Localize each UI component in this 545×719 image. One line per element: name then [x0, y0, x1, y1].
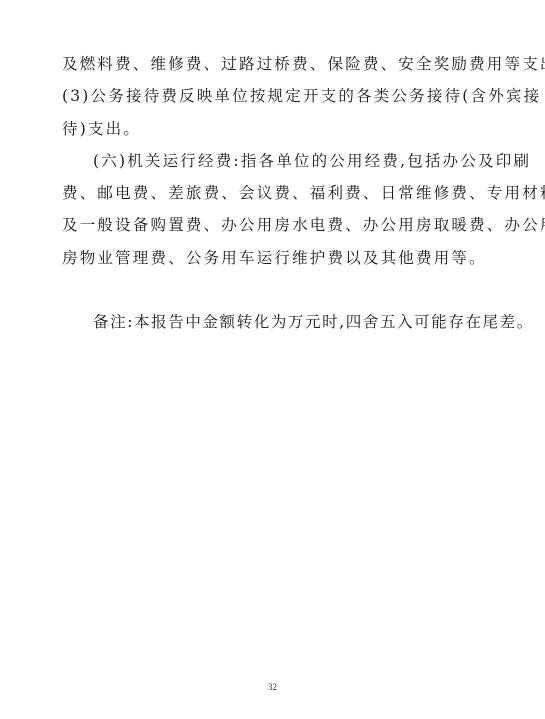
section-heading-line: (六)机关运行经费:指各单位的公用经费,包括办公及印刷 [62, 145, 487, 177]
page-number: 32 [0, 682, 545, 692]
document-page: 及燃料费、维修费、过路过桥费、保险费、安全奖励费用等支出; (3)公务接待费反映… [62, 48, 487, 338]
footnote-remark: 备注:本报告中金额转化为万元时,四舍五入可能存在尾差。 [62, 306, 487, 338]
paragraph-line: 费、邮电费、差旅费、会议费、福利费、日常维修费、专用材料 [62, 177, 487, 209]
paragraph-line: 待)支出。 [62, 113, 487, 145]
paragraph-line: 及燃料费、维修费、过路过桥费、保险费、安全奖励费用等支出; [62, 48, 487, 80]
paragraph-line: 房物业管理费、公务用车运行维护费以及其他费用等。 [62, 242, 487, 274]
paragraph-line: (3)公务接待费反映单位按规定开支的各类公务接待(含外宾接 [62, 80, 487, 112]
spacer [62, 274, 487, 306]
paragraph-line: 及一般设备购置费、办公用房水电费、办公用房取暖费、办公用 [62, 209, 487, 241]
